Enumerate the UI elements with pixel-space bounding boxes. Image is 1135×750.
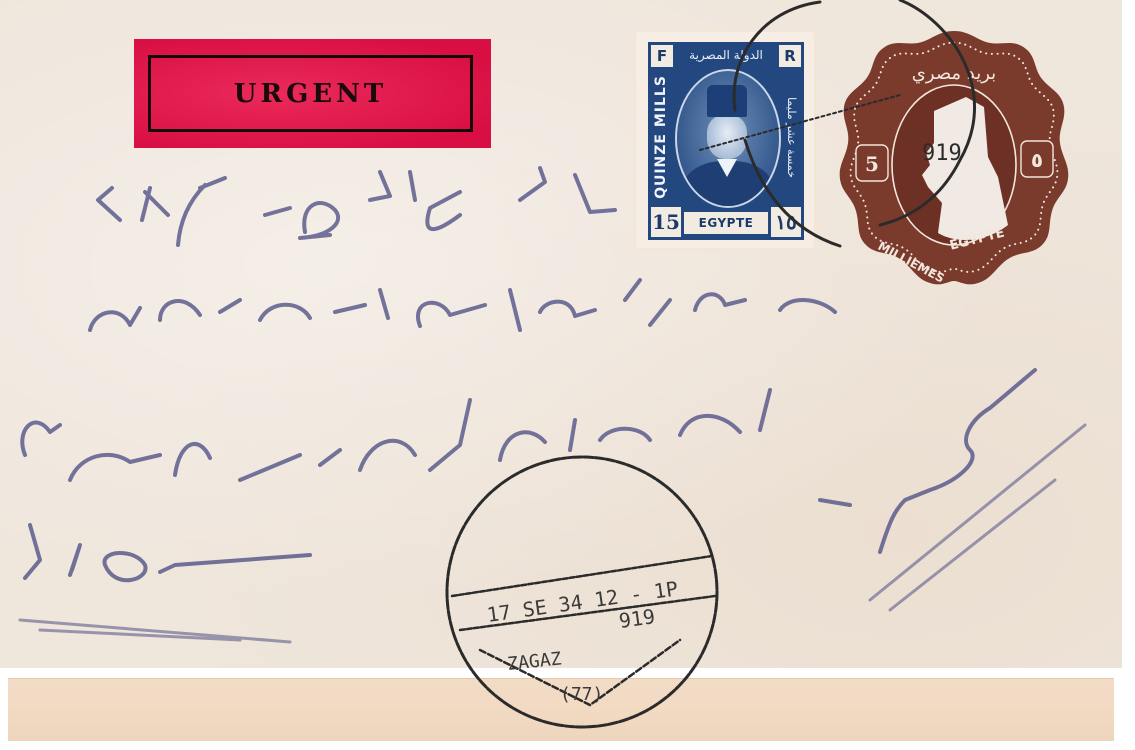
stamp-value-left: 15: [651, 207, 681, 237]
stamp-country: EGYPTE: [684, 212, 768, 234]
stamp-side-inscription: QUINZE MILLS: [650, 72, 672, 202]
embossed-value-right: ٥: [1031, 148, 1043, 172]
stamp-side-text-arabic: خمسة عشر مليما: [785, 97, 798, 178]
stamp-top-inscription: الدولة المصرية: [676, 45, 776, 65]
envelope-photo: URGENT F R الدولة المصرية QUINZE MILLS خ…: [0, 0, 1135, 750]
stamp-side-inscription-arabic: خمسة عشر مليما: [780, 72, 802, 202]
adhesive-stamp-design: F R الدولة المصرية QUINZE MILLS خمسة عشر…: [648, 42, 804, 240]
urgent-label-frame: URGENT: [148, 55, 473, 132]
king-portrait: [675, 69, 781, 208]
stamp-value-right: ١٥: [771, 207, 801, 237]
embossed-stamp-5-milliemes: 5 ٥ بريد مصري MILLIEMES EGYPTE: [838, 27, 1070, 291]
stamp-side-text: QUINZE MILLS: [653, 75, 669, 199]
urgent-label-text: URGENT: [234, 79, 387, 109]
envelope-bottom-flap: [8, 678, 1114, 741]
portrait-face: [707, 115, 747, 159]
stamp-corner-left: F: [651, 45, 673, 67]
portrait-fez: [707, 85, 747, 117]
embossed-top-inscription: بريد مصري: [912, 63, 996, 84]
embossed-value-left: 5: [865, 152, 879, 176]
adhesive-stamp-15-mills: F R الدولة المصرية QUINZE MILLS خمسة عشر…: [636, 32, 814, 248]
stamp-corner-right: R: [779, 45, 801, 67]
urgent-label: URGENT: [134, 39, 491, 148]
